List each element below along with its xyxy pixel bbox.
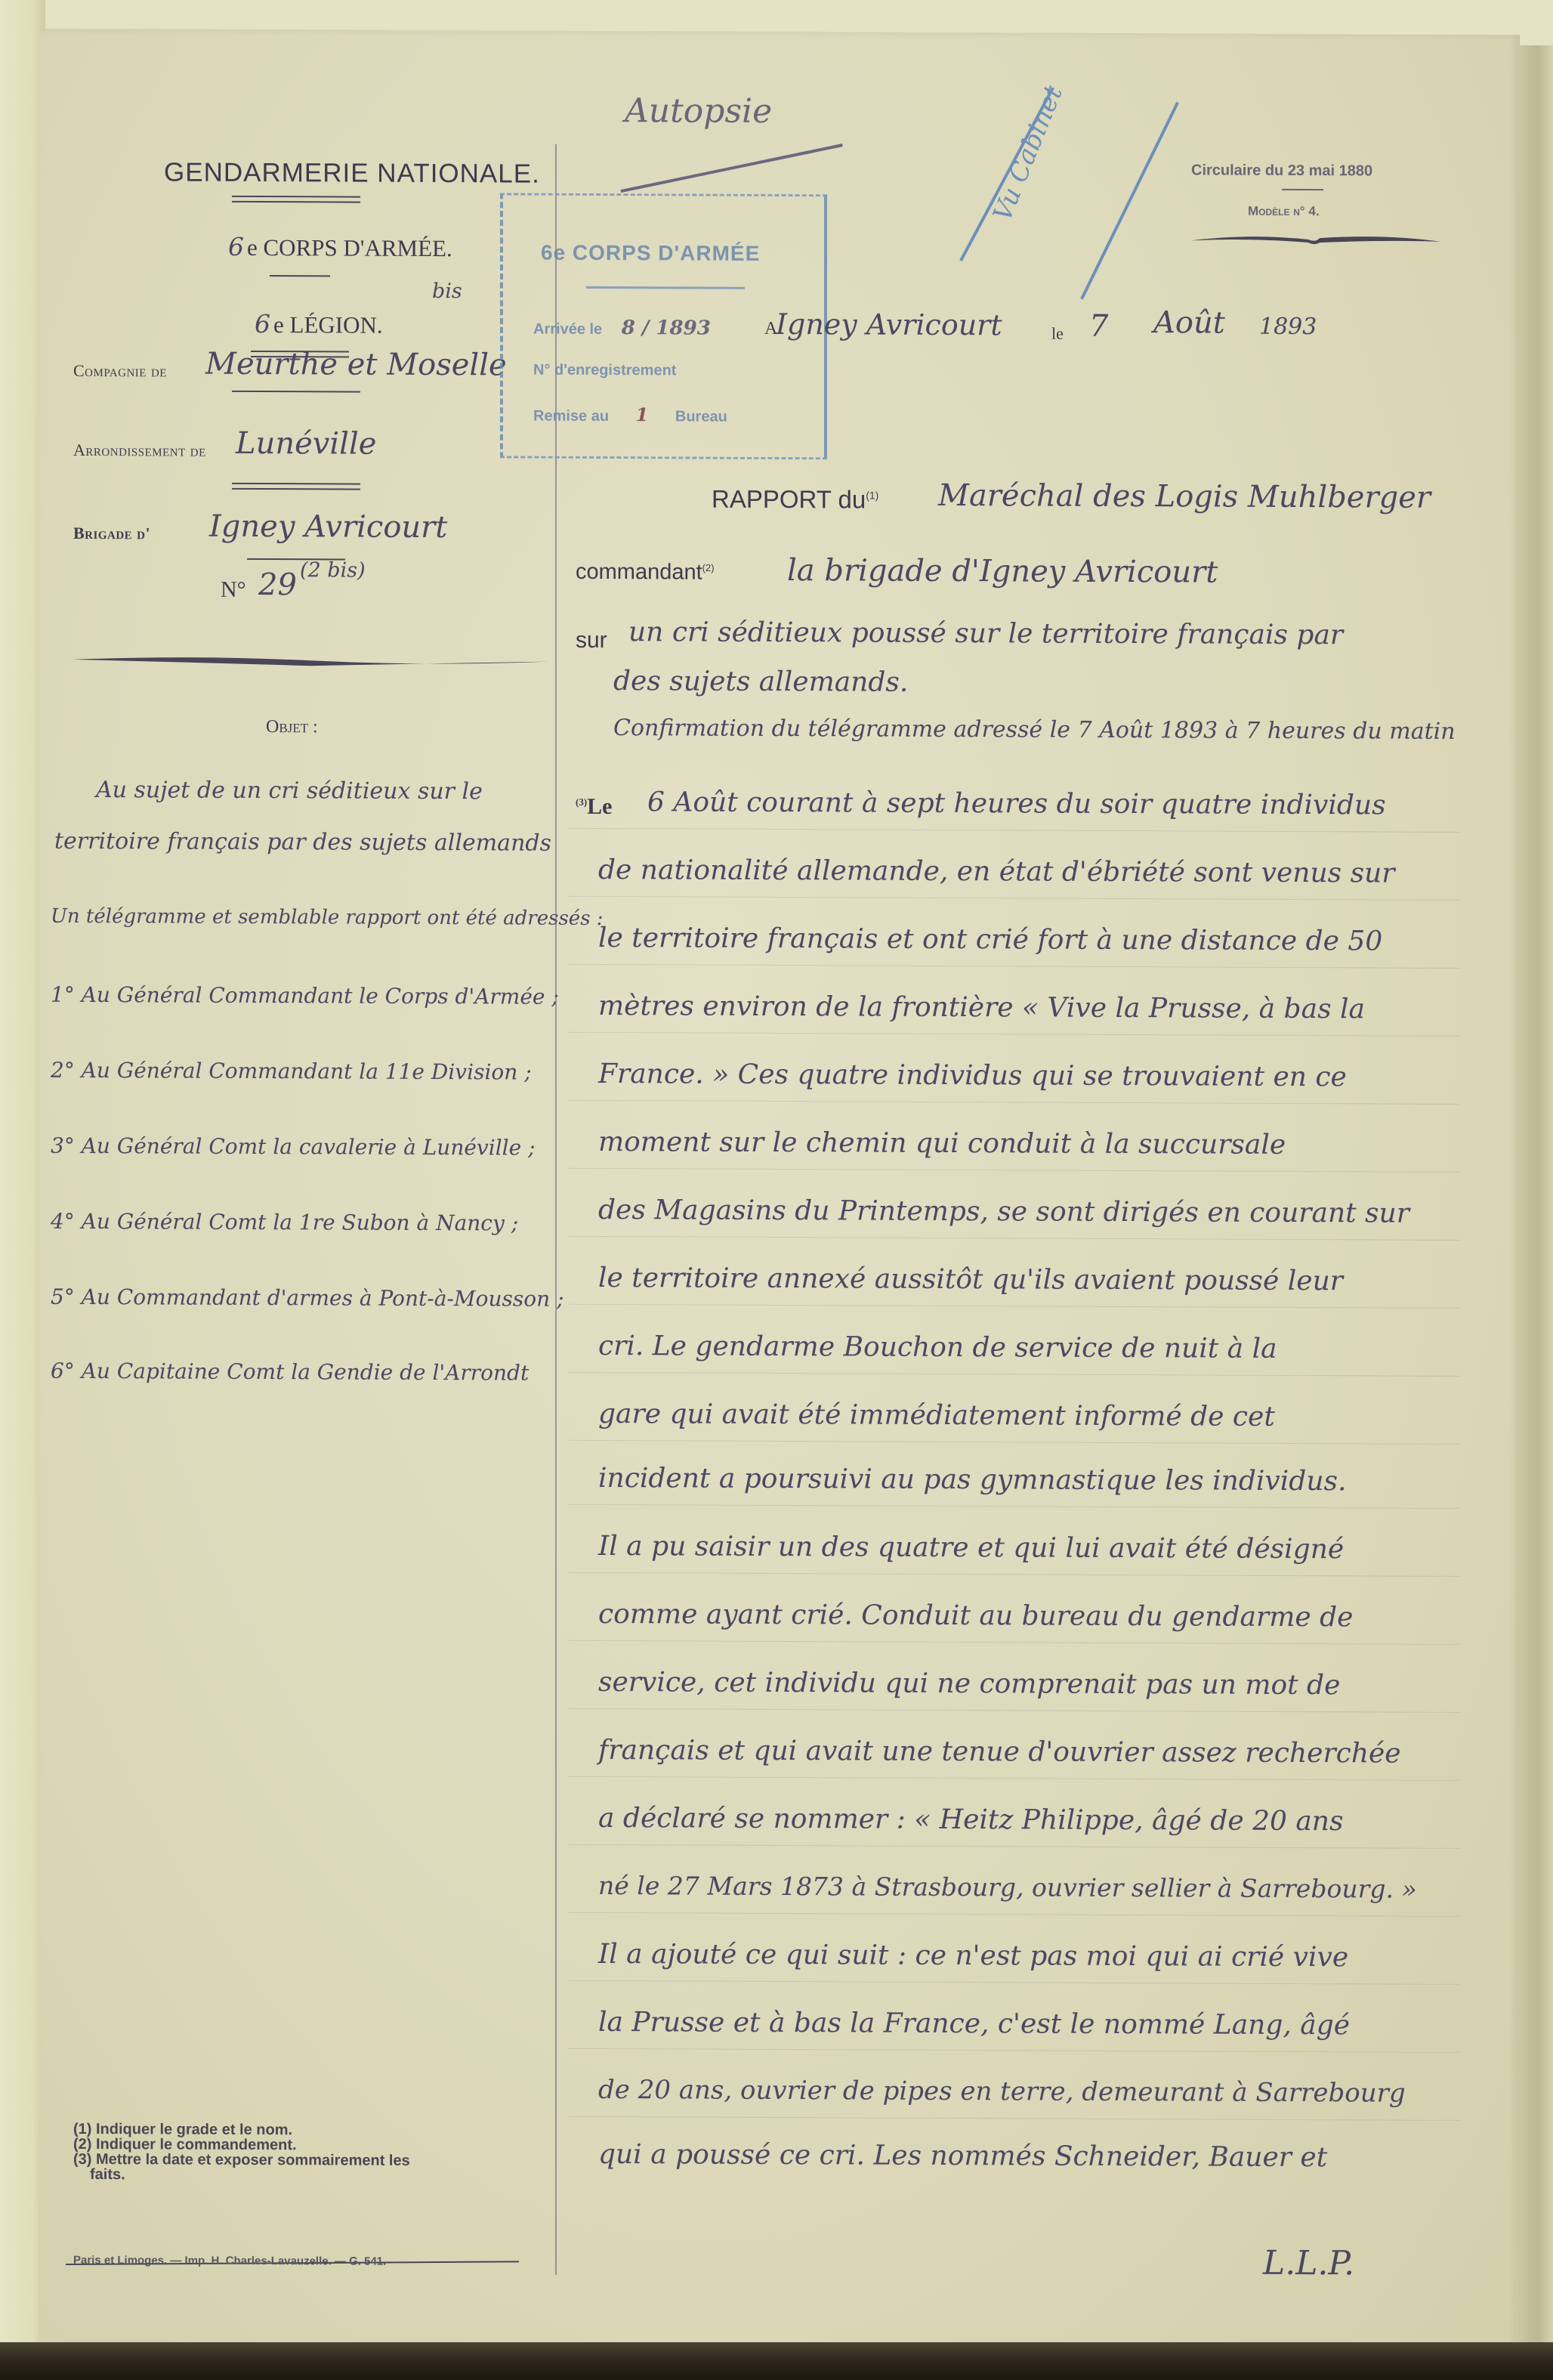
ruled-line [568, 1708, 1459, 1713]
objet-line: 4° Au Général Comt la 1re Subon à Nancy … [51, 1209, 518, 1236]
autopsie-annotation: Autopsie [625, 91, 772, 131]
compagnie-label: Compagnie de [73, 361, 167, 382]
compagnie-value: Meurthe et Moselle [205, 347, 507, 383]
ruled-line [568, 964, 1459, 969]
footnote-3: (3) Mettre la date et exposer sommaireme… [73, 2152, 526, 2169]
ruled-line [568, 1504, 1459, 1509]
footnote-3-cont: faits. [73, 2167, 526, 2184]
ruled-line [568, 1912, 1459, 1917]
ruled-line [568, 2116, 1459, 2121]
rapport-value: Maréchal des Logis Muhlberger [938, 478, 1431, 515]
body-line: le territoire français et ont crié fort … [598, 923, 1382, 957]
ruled-line [568, 1236, 1459, 1241]
ruled-line [568, 1100, 1459, 1105]
body-line: a déclaré se nommer : « Heitz Philippe, … [598, 1803, 1343, 1837]
ruled-line [568, 1032, 1459, 1037]
objet-line: 6° Au Capitaine Comt la Gendie de l'Arro… [51, 1358, 529, 1386]
body-line: Il a pu saisir un des quatre et qui lui … [598, 1531, 1344, 1565]
date-le: le [1051, 324, 1064, 344]
stamp-remise: Remise au 1 Bureau [533, 403, 727, 426]
corps-rule [270, 275, 330, 277]
compagnie-rule [232, 391, 360, 393]
sur-value-2: des sujets allemands. [613, 666, 908, 698]
ruled-line [568, 1304, 1459, 1309]
date-month: Août [1153, 305, 1225, 340]
stamp-title: 6e CORPS D'ARMÉE [541, 241, 760, 266]
corps-number: 6 [228, 232, 244, 261]
body-note: (3) [576, 796, 587, 808]
legion-label: e LÉGION. [273, 311, 383, 338]
objet-label: Objet : [266, 717, 318, 737]
footnotes: (1) Indiquer le grade et le nom. (2) Ind… [73, 2122, 526, 2184]
annotation-underline [621, 144, 843, 193]
bottom-shadow [0, 2342, 1553, 2380]
signature-mark: L.L.P. [1263, 2244, 1354, 2283]
objet-line: 5° Au Commandant d'armes à Pont-à-Mousso… [51, 1284, 563, 1312]
body-line: incident a poursuivi au pas gymnastique … [598, 1463, 1346, 1497]
objet-line: 1° Au Général Commandant le Corps d'Armé… [51, 982, 559, 1009]
model-number: Modèle n° 4. [1248, 204, 1320, 219]
body-line: Il a ajouté ce qui suit : ce n'est pas m… [598, 1939, 1348, 1973]
stamp-arrival: Arrivée le 8 / 1893 [533, 317, 711, 340]
body-line: né le 27 Mars 1873 à Strasbourg, ouvrier… [598, 1871, 1417, 1904]
commandant-label: commandant(2) [576, 560, 715, 586]
number-value: 29 [258, 567, 297, 602]
body-line: qui a poussé ce cri. Les nommés Schneide… [598, 2139, 1327, 2173]
corps-line: 6e CORPS D'ARMÉE. [228, 232, 452, 262]
ruled-line [568, 1980, 1459, 1985]
ruled-line [568, 1776, 1459, 1781]
body-line: des Magasins du Printemps, se sont dirig… [598, 1195, 1409, 1229]
body-line: de 20 ans, ouvrier de pipes en terre, de… [598, 2075, 1406, 2109]
background-left [0, 0, 45, 2380]
stamp-rule [586, 286, 745, 289]
body-line: mètres environ de la frontière « Vive la… [598, 991, 1365, 1025]
objet-line: territoire français par des sujets allem… [54, 828, 551, 857]
ruled-line [568, 1572, 1459, 1577]
title-double-rule [232, 196, 360, 203]
printer-imprint: Paris et Limoges. — Imp. H. Charles-Lava… [73, 2254, 386, 2268]
rapport-label-text: RAPPORT du [712, 485, 866, 514]
circular-ornament [1187, 231, 1444, 247]
stamp-registration: N° d'enregistrement [533, 362, 676, 380]
page-edge [1515, 45, 1553, 2357]
body-line: la Prusse et à bas la France, c'est le n… [598, 2007, 1350, 2041]
ruled-line [568, 828, 1459, 833]
blue-diagonal-line-2 [1080, 102, 1179, 300]
sur-value-1: un cri séditieux poussé sur le territoir… [628, 617, 1343, 651]
document-page: GENDARMERIE NATIONALE. 6e CORPS D'ARMÉE.… [39, 29, 1520, 2355]
body-line: comme ayant crié. Conduit au bureau du g… [598, 1599, 1353, 1633]
body-le: Le [587, 794, 612, 819]
arrondissement-value: Lunéville [236, 426, 376, 462]
body-line: le territoire annexé aussitôt qu'ils ava… [598, 1263, 1343, 1297]
confirmation-line: Confirmation du télégramme adressé le 7 … [613, 715, 1456, 745]
ruled-line [568, 2048, 1459, 2053]
legion-suffix: bis [432, 280, 462, 303]
objet-line: 2° Au Général Commandant la 11e Division… [51, 1058, 532, 1085]
sur-label: sur [576, 628, 607, 654]
vu-cabinet-annotation: Vu Cabinet [987, 82, 1069, 226]
body-line: gare qui avait été immédiatement informé… [598, 1399, 1275, 1433]
arrondissement-label: Arrondissement de [73, 440, 206, 461]
objet-line: Un télégramme et semblable rapport ont é… [51, 905, 604, 930]
stamp-remise-suffix: Bureau [675, 408, 727, 425]
stamp-remise-value: 1 [636, 403, 649, 425]
legion-number: 6 [255, 309, 270, 338]
date-year: 1893 [1259, 314, 1317, 340]
brigade-value: Igney Avricourt [209, 509, 447, 545]
body-line: France. » Ces quatre individus qui se tr… [598, 1059, 1347, 1093]
stamp-remise-label: Remise au [533, 408, 609, 425]
commandant-note: (2) [702, 562, 715, 573]
stamp-arrival-label: Arrivée le [533, 321, 602, 338]
ruled-line [568, 1372, 1459, 1377]
objet-line: 3° Au Général Comt la cavalerie à Lunévi… [51, 1133, 536, 1161]
legion-line: 6e LÉGION. [255, 309, 383, 339]
body-line: de nationalité allemande, en état d'ébri… [598, 855, 1394, 889]
brigade-label: Brigade d' [73, 524, 150, 543]
rapport-note: (1) [866, 489, 878, 501]
body-intro: (3)Le [576, 794, 613, 820]
ruled-line [568, 1168, 1459, 1173]
ruled-line [568, 1440, 1459, 1445]
rapport-label: RAPPORT du(1) [712, 485, 878, 515]
body-line: 6 Août courant à sept heures du soir qua… [647, 787, 1386, 821]
body-line: moment sur le chemin qui conduit à la su… [598, 1127, 1286, 1161]
date-day: 7 [1089, 309, 1108, 344]
number-label: N° [221, 577, 246, 603]
corps-label: e CORPS D'ARMÉE. [247, 234, 452, 261]
institution-title: GENDARMERIE NATIONALE. [164, 157, 540, 189]
circular-rule [1282, 189, 1323, 190]
circular-reference: Circulaire du 23 mai 1880 [1191, 162, 1372, 180]
ruled-line [568, 896, 1459, 901]
column-divider [555, 144, 557, 2275]
body-line: service, cet individu qui ne comprenait … [598, 1667, 1340, 1701]
commandant-label-text: commandant [576, 560, 702, 585]
divider-ornament [69, 648, 553, 673]
body-line: cri. Le gendarme Bouchon de service de n… [598, 1331, 1277, 1365]
ruled-line [568, 1640, 1459, 1645]
number-suffix: (2 bis) [300, 558, 366, 582]
commandant-value: la brigade d'Igney Avricourt [787, 553, 1218, 589]
objet-line: Au sujet de un cri séditieux sur le [96, 777, 483, 805]
place-value: Igney Avricourt [776, 308, 1002, 342]
ruled-line [568, 1844, 1459, 1849]
arrondissement-rule [232, 483, 360, 490]
stamp-arrival-value: 8 / 1893 [622, 317, 711, 340]
body-line: français et qui avait une tenue d'ouvrie… [598, 1735, 1401, 1770]
